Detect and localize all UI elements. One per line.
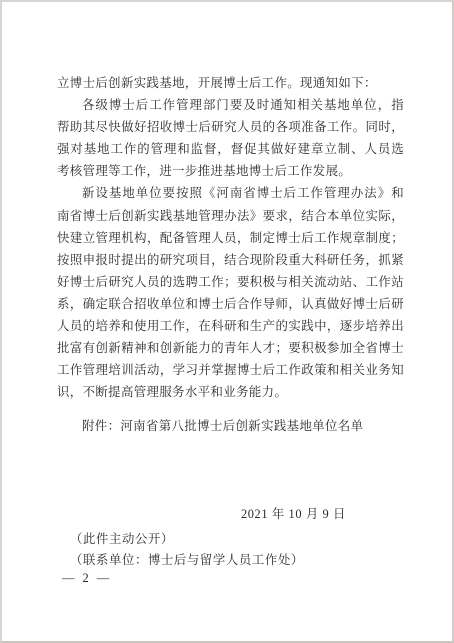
body-line: 强对基地工作的管理和监督，督促其做好建章立制、人员选聘、 [57, 138, 404, 160]
body-line: 识，不断提高管理服务水平和业务能力。 [57, 381, 404, 403]
body-line: 好博士后研究人员的选聘工作；要积极与相关流动站、工作站联 [57, 271, 404, 293]
body-line: 各级博士后工作管理部门要及时通知相关基地单位，指导、 [57, 94, 404, 116]
body-line: 新设基地单位要按照《河南省博士后工作管理办法》和《河 [57, 182, 404, 204]
body-line: 立博士后创新实践基地，开展博士后工作。现通知如下： [57, 72, 404, 94]
body-line: 系，确定联合招收单位和博士后合作导师，认真做好博士后研究 [57, 293, 404, 315]
document-body: 立博士后创新实践基地，开展博士后工作。现通知如下： 各级博士后工作管理部门要及时… [57, 72, 404, 403]
attachment-reference: 附件：河南省第八批博士后创新实践基地单位名单 [57, 415, 404, 437]
body-line: 人员的培养和使用工作，在科研和生产的实践中，逐步培养出一 [57, 315, 404, 337]
disclosure-note: （此件主动公开） [70, 528, 174, 550]
document-page: 立博士后创新实践基地，开展博士后工作。现通知如下： 各级博士后工作管理部门要及时… [0, 0, 454, 643]
body-line: 工作管理培训活动，学习并掌握博士后工作政策和相关业务知 [57, 359, 404, 381]
body-line: 南省博士后创新实践基地管理办法》要求，结合本单位实际，尽 [57, 205, 404, 227]
page-number: — 2 — [62, 568, 112, 588]
body-line: 帮助其尽快做好招收博士后研究人员的各项准备工作。同时，加 [57, 116, 404, 138]
body-line: 批富有创新精神和创新能力的青年人才；要积极参加全省博士后 [57, 337, 404, 359]
body-line: 快建立管理机构，配备管理人员，制定博士后工作规章制度；要 [57, 227, 404, 249]
body-line: 考核管理等工作，进一步推进基地博士后工作发展。 [57, 160, 404, 182]
issue-date: 2021 年 10 月 9 日 [241, 503, 346, 525]
body-line: 按照申报时提出的研究项目，结合现阶段重大科研任务，抓紧做 [57, 249, 404, 271]
